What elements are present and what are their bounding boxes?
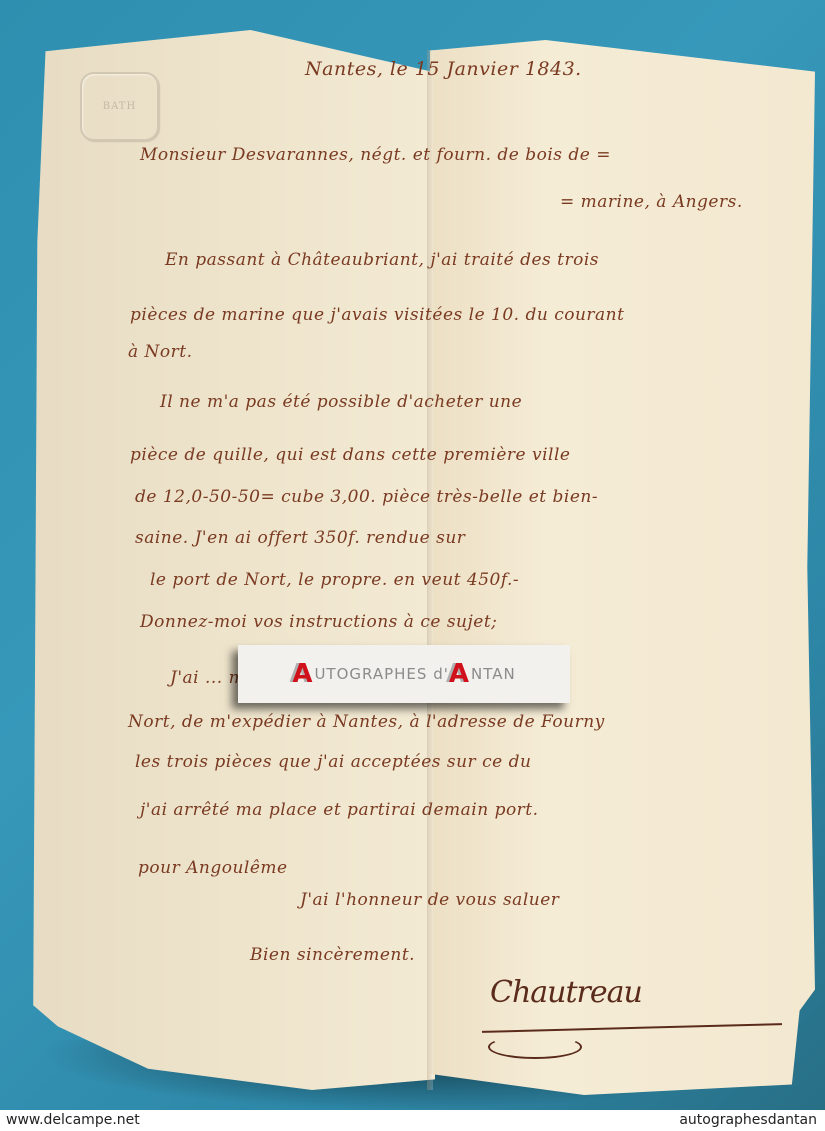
closing-line-1: J'ai l'honneur de vous saluer <box>300 890 559 910</box>
signature-flourish <box>488 1035 582 1059</box>
footer-bar: www.delcampe.net autographesdantan <box>0 1110 825 1131</box>
closing-line-2: Bien sincèrement. <box>250 945 415 965</box>
body-line-6: de 12,0-50-50= cube 3,00. pièce très-bel… <box>135 487 598 507</box>
footer-site-link[interactable]: www.delcampe.net <box>6 1112 140 1128</box>
body-line-14: pour Angoulême <box>138 858 288 878</box>
body-line-3: à Nort. <box>128 342 193 362</box>
letter-sheet <box>25 20 815 1095</box>
watermark-initial-a: A <box>292 659 313 689</box>
body-line-11: Nort, de m'expédier à Nantes, à l'adress… <box>128 712 605 732</box>
body-line-12: les trois pièces que j'ai acceptées sur … <box>135 752 531 772</box>
left-page <box>25 30 435 1090</box>
signature: Chautreau <box>490 975 642 1010</box>
letter-photo: BATH Nantes, le 15 Janvier 1843. Monsieu… <box>0 0 825 1110</box>
watermark-label: A UTOGRAPHES d' A NTAN <box>238 645 570 703</box>
address-line-2: = marine, à Angers. <box>560 192 743 212</box>
embossed-stamp: BATH <box>80 72 159 141</box>
body-line-2: pièces de marine que j'avais visitées le… <box>130 305 624 325</box>
watermark-initial-a-2: A <box>449 659 470 689</box>
body-line-7: saine. J'en ai offert 350f. rendue sur <box>135 528 465 548</box>
watermark-text-2: NTAN <box>471 665 516 683</box>
address-line-1: Monsieur Desvarannes, négt. et fourn. de… <box>140 145 611 165</box>
body-line-8: le port de Nort, le propre. en veut 450f… <box>150 570 519 590</box>
body-line-9: Donnez-moi vos instructions à ce sujet; <box>140 612 497 632</box>
footer-seller-name: autographesdantan <box>679 1112 817 1128</box>
place-date: Nantes, le 15 Janvier 1843. <box>305 58 582 80</box>
body-line-5: pièce de quille, qui est dans cette prem… <box>130 445 570 465</box>
watermark-text-1: UTOGRAPHES d' <box>314 665 448 683</box>
body-line-13: j'ai arrêté ma place et partirai demain … <box>140 800 539 820</box>
body-line-4: Il ne m'a pas été possible d'acheter une <box>160 392 522 412</box>
body-line-1: En passant à Châteaubriant, j'ai traité … <box>165 250 599 270</box>
